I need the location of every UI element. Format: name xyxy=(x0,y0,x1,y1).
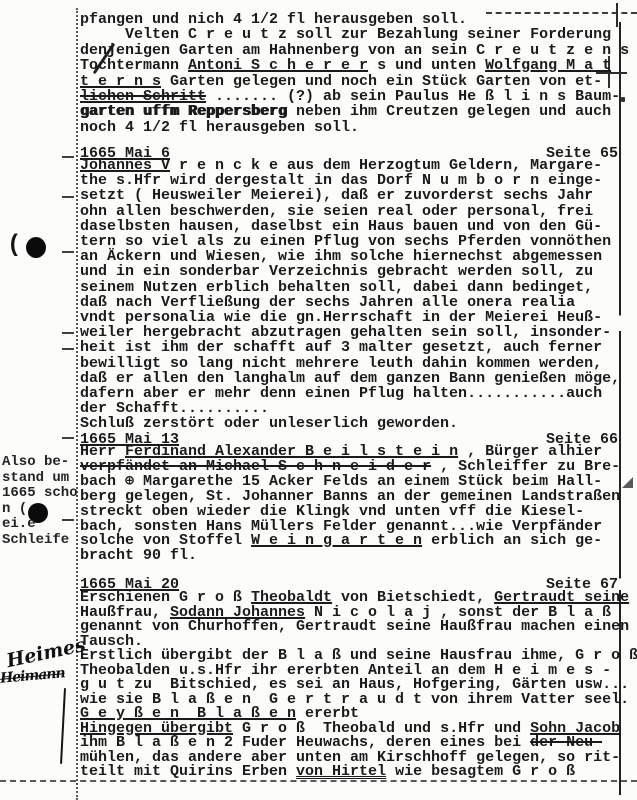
text-line: teilt mit Quirins Erben von Hirtel wie b… xyxy=(80,765,621,780)
text-segment: n ( xyxy=(2,501,27,517)
text-line: denjenigen Garten am Hahnenberg von an s… xyxy=(80,43,621,58)
text-line: Also be- xyxy=(2,455,80,471)
text-segment: 1665 scho xyxy=(2,485,78,501)
punch-hole-paren-mark: ( xyxy=(7,232,21,259)
margin-note-typed: Also be-stand um1665 schon (ei.eSchleife xyxy=(2,455,80,548)
text-line: garten uffm Reppersberg neben ihm Creutz… xyxy=(80,104,621,119)
punch-hole-icon xyxy=(26,237,46,258)
text-line: der Schafft.......... xyxy=(80,401,621,416)
text-line: daselbsten hausen, daselbst ein Haus bau… xyxy=(80,219,621,234)
page-border-left-dotted xyxy=(76,8,78,800)
text-line: Schleife xyxy=(2,533,80,549)
text-line: daß er allen den langhalm auf dem ganzen… xyxy=(80,371,621,386)
entry-body-1665-mai-20: Erschienen G r o ß Theobaldt von Bietsch… xyxy=(80,591,621,780)
text-line: 1665 scho xyxy=(2,486,80,502)
text-segment: bracht 90 fl. xyxy=(80,547,197,564)
text-line: noch 4 1/2 fl herausgeben soll. xyxy=(80,120,621,135)
text-line: n ( xyxy=(2,502,80,518)
right-margin-dot-mark xyxy=(621,97,625,102)
handwritten-pen-stroke xyxy=(60,688,66,764)
text-line: dafern aber er mehr denn einen Pflug hal… xyxy=(80,386,621,401)
text-segment: ei.e xyxy=(2,516,36,532)
text-line: Velten C r e u t z soll zur Bezahlung se… xyxy=(80,27,621,42)
entry-body-1665-mai-6: Johannes V r e n c k e aus dem Herzogtum… xyxy=(80,158,621,432)
text-segment: stand um xyxy=(2,470,69,486)
left-border-tick xyxy=(62,332,74,334)
text-line: ei.e xyxy=(2,517,80,533)
left-border-tick xyxy=(62,196,74,198)
text-line: Johannes V r e n c k e aus dem Herzogtum… xyxy=(80,158,621,173)
text-segment: teilt mit Quirins Erben xyxy=(80,763,296,780)
text-line: tern so viel als zu einen Pflug von sech… xyxy=(80,234,621,249)
text-line: genannt von Churhoffen, Gertraudt seine … xyxy=(80,620,621,635)
text-line: seinem Nutzen erblich behalten soll, dab… xyxy=(80,280,621,295)
text-line: setzt ( Heusweiler Meierei), daß er zuvo… xyxy=(80,188,621,203)
right-margin-triangle-mark xyxy=(622,477,633,488)
left-border-tick xyxy=(62,251,74,253)
text-line: an Äckern und Wiesen, wie ihm solche hie… xyxy=(80,249,621,264)
intro-paragraph: pfangen und nich 4 1/2 fl herausgeben so… xyxy=(80,12,621,135)
text-line: bewilligt so lang nicht mehrere leuth da… xyxy=(80,356,621,371)
text-segment: W e i n g a r t e n xyxy=(251,532,422,549)
entry-body-1665-mai-13: Herr Ferdinand Alexander B e i l s t e i… xyxy=(80,445,621,564)
text-segment: noch 4 1/2 fl herausgeben soll. xyxy=(80,119,359,136)
text-line: heit ist ihm der schafft auf 3 malter ge… xyxy=(80,340,621,355)
text-line: Schluß zerstört oder unleserlich geworde… xyxy=(80,416,621,431)
text-line: weiler hergebracht abzutragen gehalten s… xyxy=(80,325,621,340)
text-line: ohn allen beschwerden, sie seien real od… xyxy=(80,204,621,219)
text-line: vndt personalia wie die gn.Herrschaft in… xyxy=(80,310,621,325)
text-line: pfangen und nich 4 1/2 fl herausgeben so… xyxy=(80,12,621,27)
text-segment: erblich an sich ge- xyxy=(422,532,602,549)
text-line: the s.Hfr wird dergestalt in das Dorf N … xyxy=(80,173,621,188)
left-border-tick xyxy=(62,156,74,158)
text-segment: Schleife xyxy=(2,532,69,548)
text-segment: genannt von Churhoffen, Gertraudt seine … xyxy=(80,618,629,635)
text-line: stand um xyxy=(2,471,80,487)
text-segment: Schluß zerstört oder unleserlich geworde… xyxy=(80,415,458,432)
text-line: bracht 90 fl. xyxy=(80,549,621,564)
text-line: lichen Schritt ....... (?) ab sein Paulu… xyxy=(80,89,621,104)
left-border-tick xyxy=(62,437,74,439)
text-segment: Also be- xyxy=(2,454,69,470)
scanned-document-page: ( Also be-stand um1665 schon (ei.eSchlei… xyxy=(0,0,637,800)
left-border-tick xyxy=(62,348,74,350)
text-line: und in ein sonderbar Verzeichnis gebrach… xyxy=(80,264,621,279)
text-line: t e r n s Garten gelegen und noch ein St… xyxy=(80,74,621,89)
text-line: daß nach Verfließung der sechs Jahren al… xyxy=(80,295,621,310)
text-segment: wie besagtem G r o ß xyxy=(386,763,575,780)
bottom-cut-dashed-line xyxy=(0,780,637,782)
text-segment: von Hirtel xyxy=(296,763,386,780)
text-line: Tochtermann Antoni S c h e r e r s und u… xyxy=(80,58,621,73)
